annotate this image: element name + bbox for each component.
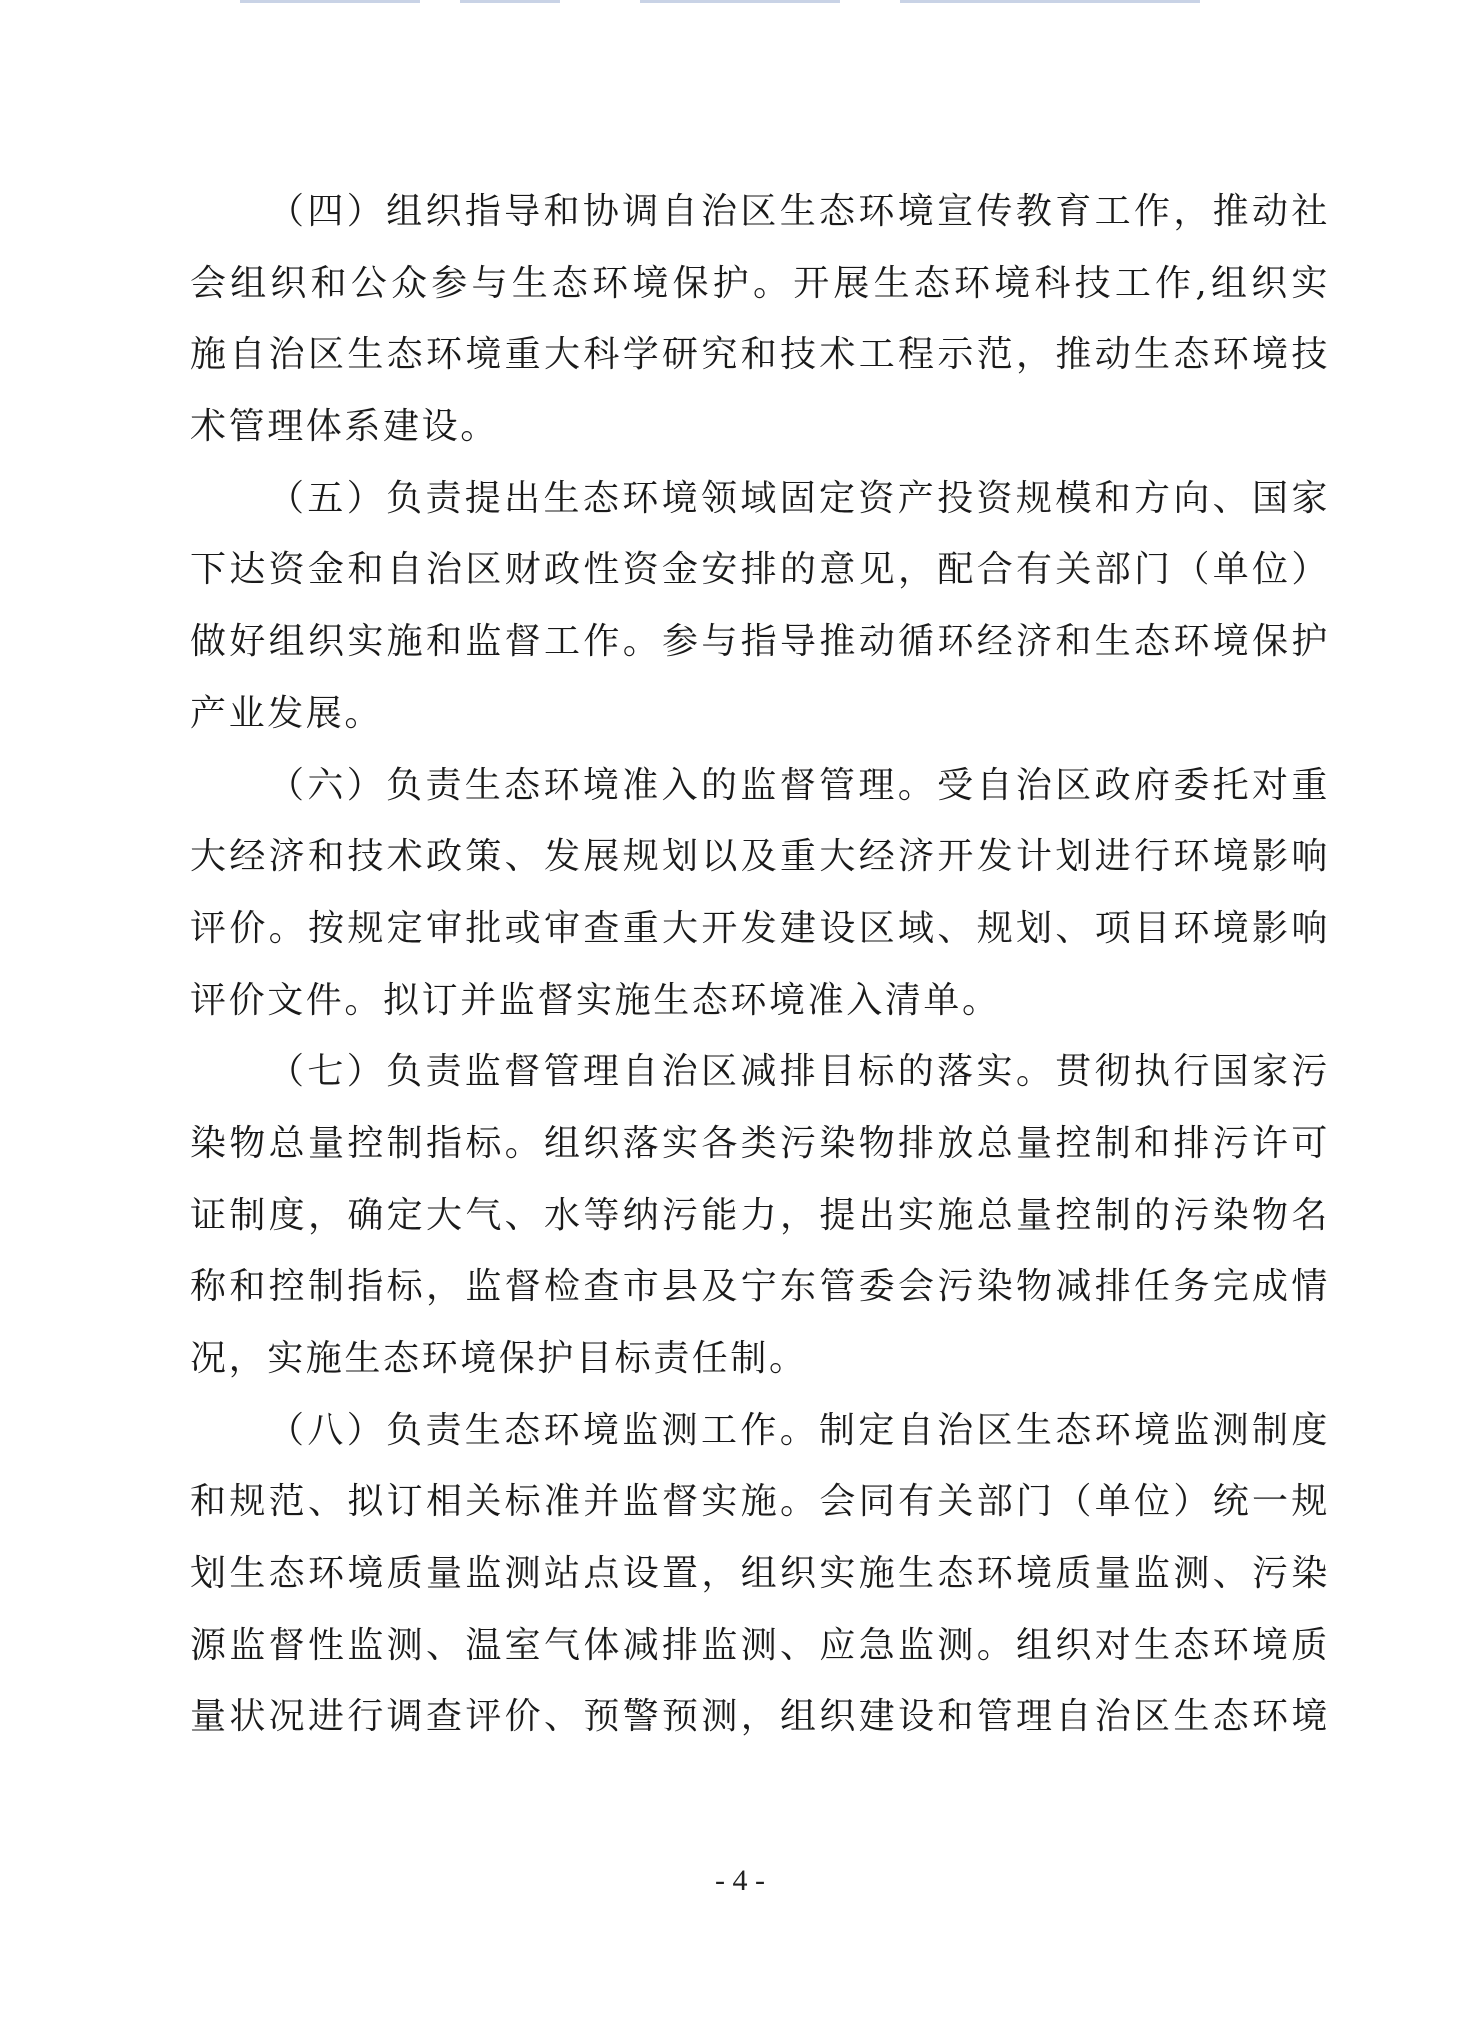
text-line: 施自治区生态环境重大科学研究和技术工程示范，推动生态环境技 [190,319,1330,391]
paragraph-five: （五）负责提出生态环境领域固定资产投资规模和方向、国家 下达资金和自治区财政性资… [190,463,1330,750]
paragraph-eight: （八）负责生态环境监测工作。制定自治区生态环境监测制度 和规范、拟订相关标准并监… [190,1395,1330,1753]
text-line: 评价。按规定审批或审查重大开发建设区域、规划、项目环境影响 [190,893,1330,965]
text-line: 大经济和技术政策、发展规划以及重大经济开发计划进行环境影响 [190,821,1330,893]
scan-edge-artifact [640,0,840,3]
text-line: 况，实施生态环境保护目标责任制。 [190,1323,1330,1395]
text-line: 染物总量控制指标。组织落实各类污染物排放总量控制和排污许可 [190,1108,1330,1180]
text-line: （七）负责监督管理自治区减排目标的落实。贯彻执行国家污 [190,1036,1330,1108]
text-line: 产业发展。 [190,678,1330,750]
text-line: 下达资金和自治区财政性资金安排的意见，配合有关部门（单位） [190,534,1330,606]
document-body: （四）组织指导和协调自治区生态环境宣传教育工作，推动社 会组织和公众参与生态环境… [190,176,1330,1753]
paragraph-four: （四）组织指导和协调自治区生态环境宣传教育工作，推动社 会组织和公众参与生态环境… [190,176,1330,463]
text-line: （四）组织指导和协调自治区生态环境宣传教育工作，推动社 [190,176,1330,248]
text-line: 和规范、拟订相关标准并监督实施。会同有关部门（单位）统一规 [190,1466,1330,1538]
text-line: （五）负责提出生态环境领域固定资产投资规模和方向、国家 [190,463,1330,535]
text-line: 量状况进行调查评价、预警预测，组织建设和管理自治区生态环境 [190,1681,1330,1753]
text-line: 证制度，确定大气、水等纳污能力，提出实施总量控制的污染物名 [190,1180,1330,1252]
scan-edge-artifact [460,0,560,3]
paragraph-seven: （七）负责监督管理自治区减排目标的落实。贯彻执行国家污 染物总量控制指标。组织落… [190,1036,1330,1394]
scan-edge-artifact [900,0,1200,3]
text-line: （六）负责生态环境准入的监督管理。受自治区政府委托对重 [190,750,1330,822]
scan-edge-artifact [240,0,420,3]
text-line: 称和控制指标，监督检查市县及宁东管委会污染物减排任务完成情 [190,1251,1330,1323]
text-line: （八）负责生态环境监测工作。制定自治区生态环境监测制度 [190,1395,1330,1467]
text-line: 划生态环境质量监测站点设置，组织实施生态环境质量监测、污染 [190,1538,1330,1610]
text-line: 评价文件。拟订并监督实施生态环境准入清单。 [190,965,1330,1037]
text-line: 会组织和公众参与生态环境保护。开展生态环境科技工作,组织实 [190,248,1330,320]
text-line: 做好组织实施和监督工作。参与指导推动循环经济和生态环境保护 [190,606,1330,678]
page-number: - 4 - [0,1864,1480,1898]
text-line: 源监督性监测、温室气体减排监测、应急监测。组织对生态环境质 [190,1610,1330,1682]
text-line: 术管理体系建设。 [190,391,1330,463]
paragraph-six: （六）负责生态环境准入的监督管理。受自治区政府委托对重 大经济和技术政策、发展规… [190,750,1330,1037]
